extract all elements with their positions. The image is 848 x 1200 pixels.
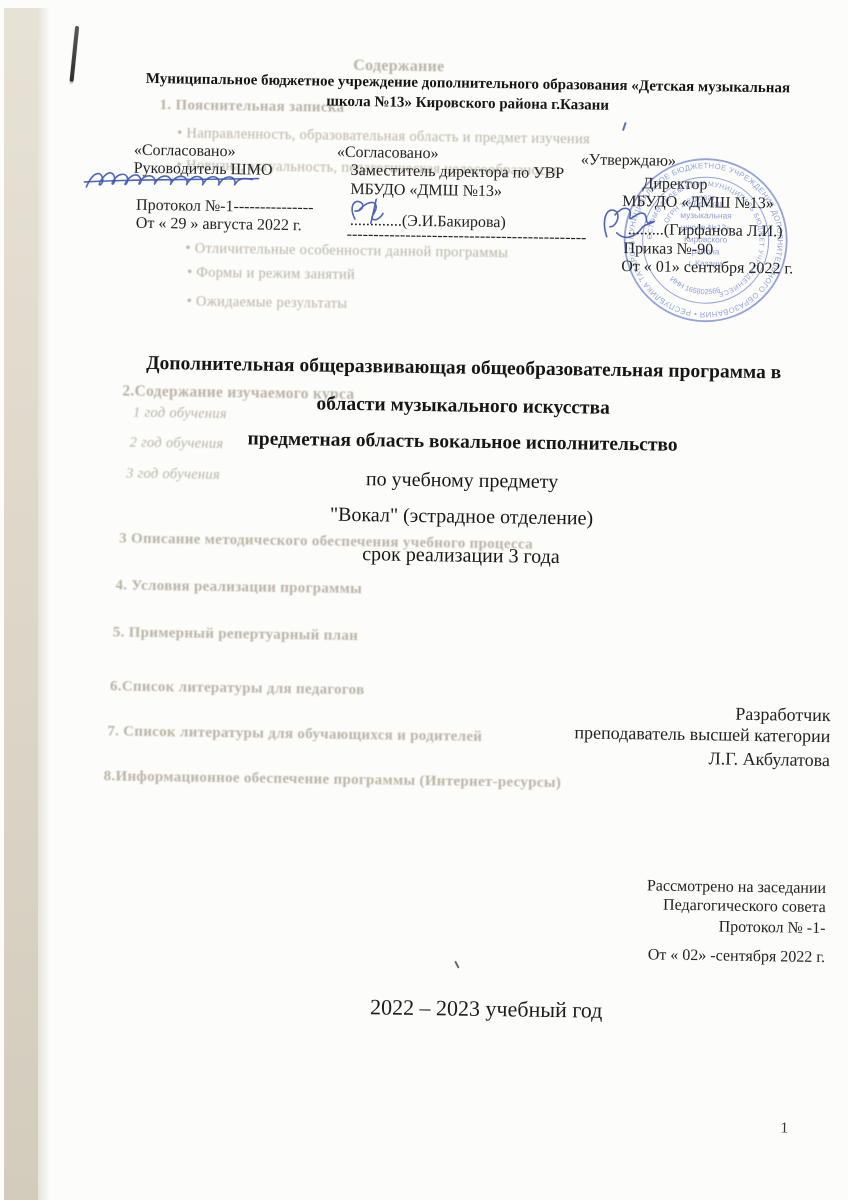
shmo-date: От « 29 » августа 2022 г. [136,215,302,235]
page-number: 1 [780,1120,788,1137]
ghost-line: 6.Список литературы для педагогов [110,678,365,699]
deputy-role: Заместитель директора по УВР [351,162,565,183]
ghost-line: • Ожидаемые результаты [187,294,348,313]
deputy-dashed-line: ----------------------------------------… [347,226,587,248]
shmo-signature [82,167,260,198]
page-content: Содержание1. Пояснительная записка• Напр… [0,0,848,1200]
ghost-line: 5. Примерный репертуарный план [113,624,359,645]
ghost-line: 8.Информационное обеспечение программы (… [104,768,562,792]
scanned-page: Содержание1. Пояснительная записка• Напр… [0,0,848,1200]
shmo-agreed-label: «Согласовано» [134,142,236,162]
deputy-agreed-label: «Согласовано» [337,144,439,164]
svg-text:ИНН 165802566: ИНН 165802566 [668,274,722,296]
director-date: От « 01» сентября 2022 г. [621,258,793,279]
director-role: Директор [642,175,707,194]
director-signature-name: .........(Гирфанова Л.И.) [628,221,783,241]
director-approve-label: «Утверждаю» [581,151,676,170]
director-order: Приказ №-90 [623,240,713,259]
ghost-line: 4. Условия реализации программы [115,577,362,598]
ghost-line: • Формы и режим занятий [187,265,355,284]
ghost-line: 7. Список литературы для обучающихся и р… [107,723,482,746]
